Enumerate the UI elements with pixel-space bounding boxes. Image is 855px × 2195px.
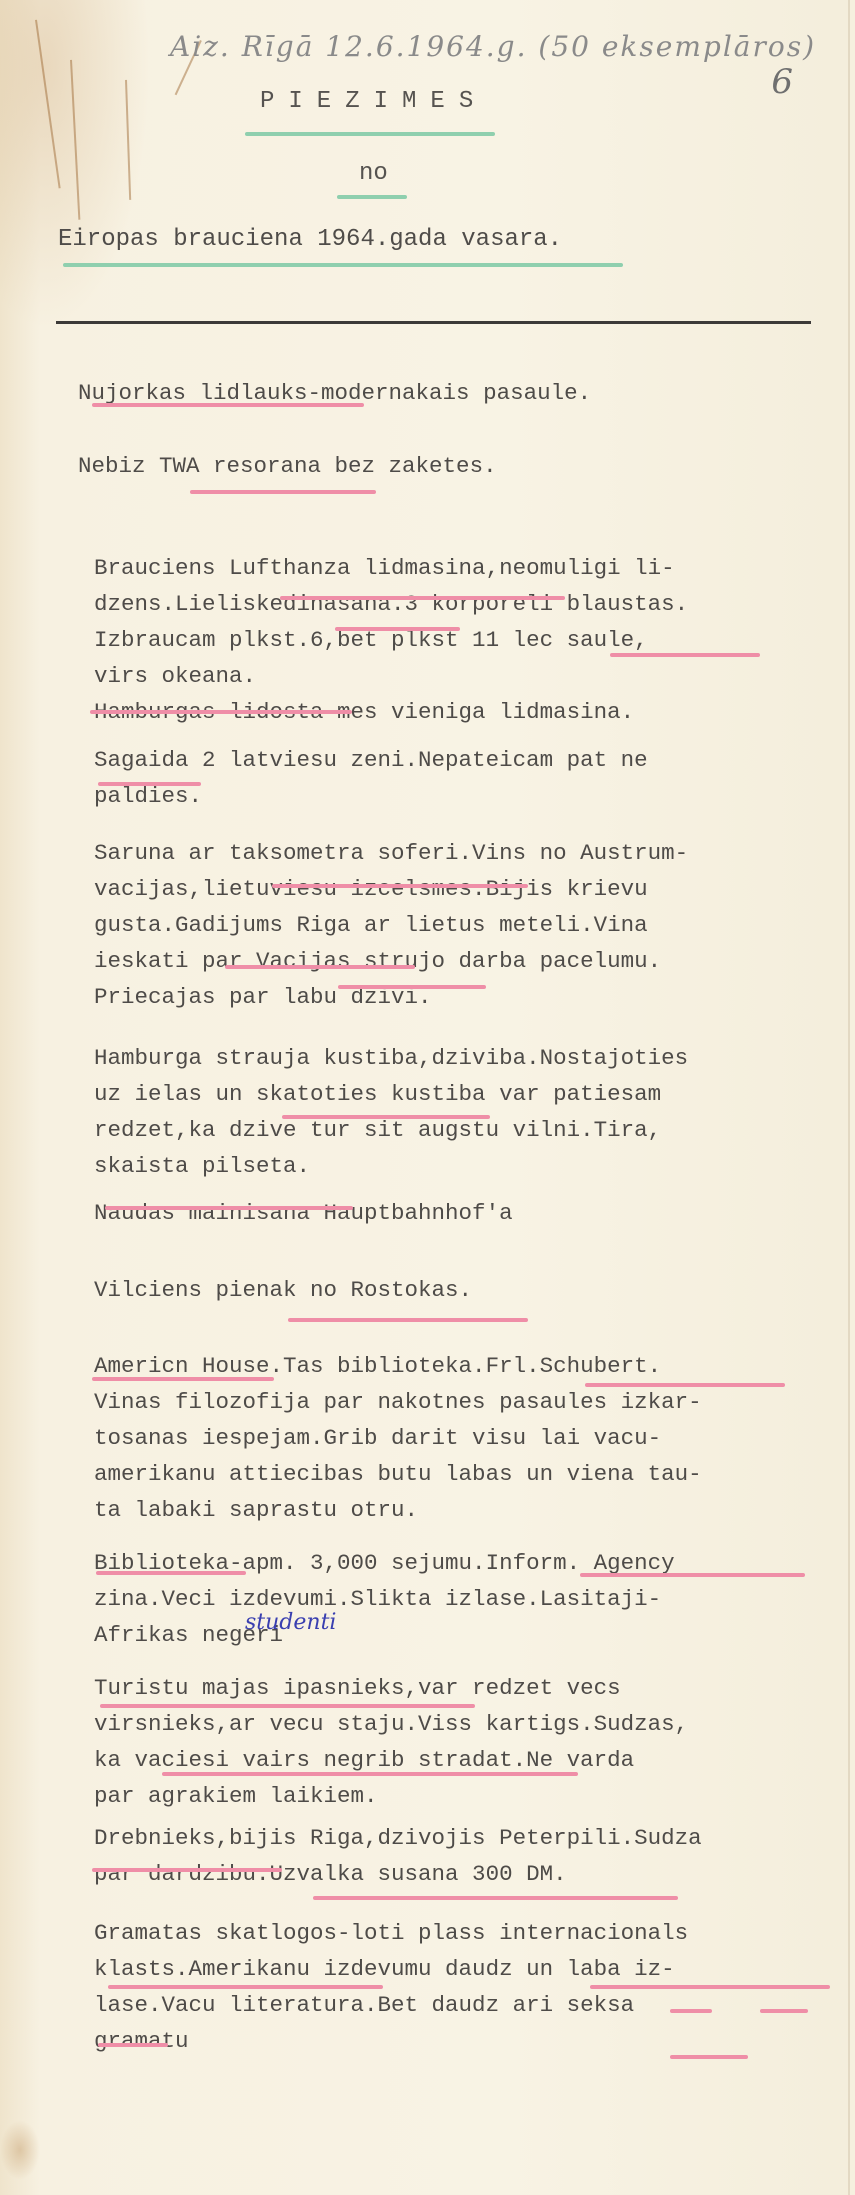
note-line: virsnieks,ar vecu staju.Viss kartigs.Sud… xyxy=(94,1706,854,1742)
note-line: Nebiz TWA resorana bez zaketes. xyxy=(78,448,838,484)
note-line: Vinas filozofija par nakotnes pasaules i… xyxy=(94,1384,854,1420)
note-paragraph: Vilciens pienak no Rostokas. xyxy=(94,1272,854,1308)
highlight-underline xyxy=(670,2055,748,2059)
handwritten-archive-note: Aiz. Rīgā 12.6.1964.g. (50 eksemplāros) xyxy=(170,30,816,63)
note-paragraph: Americn House.Tas biblioteka.Frl.Schuber… xyxy=(94,1348,854,1528)
highlight-underline xyxy=(190,490,376,494)
highlight-underline xyxy=(338,985,486,989)
paper-crease xyxy=(125,80,131,200)
note-line: tosanas iespejam.Grib darit visu lai vac… xyxy=(94,1420,854,1456)
note-line: ta labaki saprastu otru. xyxy=(94,1492,854,1528)
highlight-underline xyxy=(280,596,565,600)
subtitle-underline xyxy=(63,263,623,267)
note-line: Turistu majas ipasnieks,var redzet vecs xyxy=(94,1670,854,1706)
title-connector: no xyxy=(359,160,388,187)
highlight-underline xyxy=(610,653,760,657)
document-page: Aiz. Rīgā 12.6.1964.g. (50 eksemplāros) … xyxy=(0,0,850,2195)
note-line: lase.Vacu literatura.Bet daudz ari seksa xyxy=(94,1987,854,2023)
highlight-underline xyxy=(100,1704,475,1708)
paper-crease xyxy=(35,20,61,189)
note-line: uz ielas un skatoties kustiba var paties… xyxy=(94,1076,854,1112)
note-line: gusta.Gadijums Riga ar lietus meteli.Vin… xyxy=(94,907,854,943)
note-paragraph: Turistu majas ipasnieks,var redzet vecsv… xyxy=(94,1670,854,1814)
note-line: Drebnieks,bijis Riga,dzivojis Peterpili.… xyxy=(94,1820,854,1856)
highlight-underline xyxy=(585,1383,785,1387)
highlight-underline xyxy=(760,2009,808,2013)
note-paragraph: Drebnieks,bijis Riga,dzivojis Peterpili.… xyxy=(94,1820,854,1892)
note-line: Vilciens pienak no Rostokas. xyxy=(94,1272,854,1308)
highlight-underline xyxy=(225,965,415,969)
highlight-underline xyxy=(98,782,201,786)
highlight-underline xyxy=(288,1318,528,1322)
highlight-underline xyxy=(580,1573,805,1577)
note-line: Brauciens Lufthanza lidmasina,neomuligi … xyxy=(94,550,854,586)
highlight-underline xyxy=(108,1985,383,1989)
highlight-underline xyxy=(90,710,352,714)
note-line: klasts.Amerikanu izdevumu daudz un laba … xyxy=(94,1951,854,1987)
title-underline xyxy=(245,132,495,136)
note-paragraph: Naudas mainisana Hauptbahnhof'a xyxy=(94,1195,854,1231)
note-line: skaista pilseta. xyxy=(94,1148,854,1184)
note-line: par dardzibu.Uzvalka susana 300 DM. xyxy=(94,1856,854,1892)
note-line: Afrikas negeri xyxy=(94,1617,854,1653)
note-paragraph: Nebiz TWA resorana bez zaketes. xyxy=(78,448,838,484)
note-line: paldies. xyxy=(94,778,854,814)
highlight-underline xyxy=(162,1772,578,1776)
highlight-underline xyxy=(105,1206,353,1210)
highlight-underline xyxy=(313,1896,678,1900)
note-line: Saruna ar taksometra soferi.Vins no Aust… xyxy=(94,835,854,871)
highlight-underline xyxy=(272,884,528,888)
highlight-underline xyxy=(96,1571,246,1575)
highlight-underline xyxy=(92,403,364,407)
note-line: zina.Veci izdevumi.Slikta izlase.Lasitaj… xyxy=(94,1581,854,1617)
horizontal-rule xyxy=(56,321,811,324)
connector-underline xyxy=(337,195,407,199)
document-subtitle: Eiropas brauciena 1964.gada vasara. xyxy=(58,226,562,253)
highlight-underline xyxy=(335,627,460,631)
paper-stain xyxy=(0,2120,40,2180)
handwritten-insert: studenti xyxy=(245,1610,336,1635)
highlight-underline xyxy=(92,1377,274,1381)
page-number: 6 xyxy=(771,62,793,102)
note-line: Gramatas skatlogos-loti plass internacio… xyxy=(94,1915,854,1951)
note-paragraph: Sagaida 2 latviesu zeni.Nepateicam pat n… xyxy=(94,742,854,814)
note-paragraph: Hamburga strauja kustiba,dziviba.Nostajo… xyxy=(94,1040,854,1184)
note-line: amerikanu attiecibas butu labas un viena… xyxy=(94,1456,854,1492)
note-line: Naudas mainisana Hauptbahnhof'a xyxy=(94,1195,854,1231)
note-line: par agrakiem laikiem. xyxy=(94,1778,854,1814)
note-line: dzens.Lieliskedinasana.3 korporeli blaus… xyxy=(94,586,854,622)
highlight-underline xyxy=(670,2009,712,2013)
highlight-underline xyxy=(590,1985,830,1989)
document-title: PIEZIMES xyxy=(260,88,487,115)
note-line: Sagaida 2 latviesu zeni.Nepateicam pat n… xyxy=(94,742,854,778)
paper-crease xyxy=(70,60,80,220)
note-line: gramatu xyxy=(94,2023,854,2059)
note-paragraph: Brauciens Lufthanza lidmasina,neomuligi … xyxy=(94,550,854,730)
highlight-underline xyxy=(98,2043,168,2047)
note-line: Hamburga strauja kustiba,dziviba.Nostajo… xyxy=(94,1040,854,1076)
note-line: ieskati par Vacijas strujo darba pacelum… xyxy=(94,943,854,979)
note-line: virs okeana. xyxy=(94,658,854,694)
highlight-underline xyxy=(282,1115,490,1119)
note-paragraph: Biblioteka-apm. 3,000 sejumu.Inform. Age… xyxy=(94,1545,854,1653)
highlight-underline xyxy=(92,1868,282,1872)
note-line: vacijas,lietuviesu izcelsmes.Bijis kriev… xyxy=(94,871,854,907)
